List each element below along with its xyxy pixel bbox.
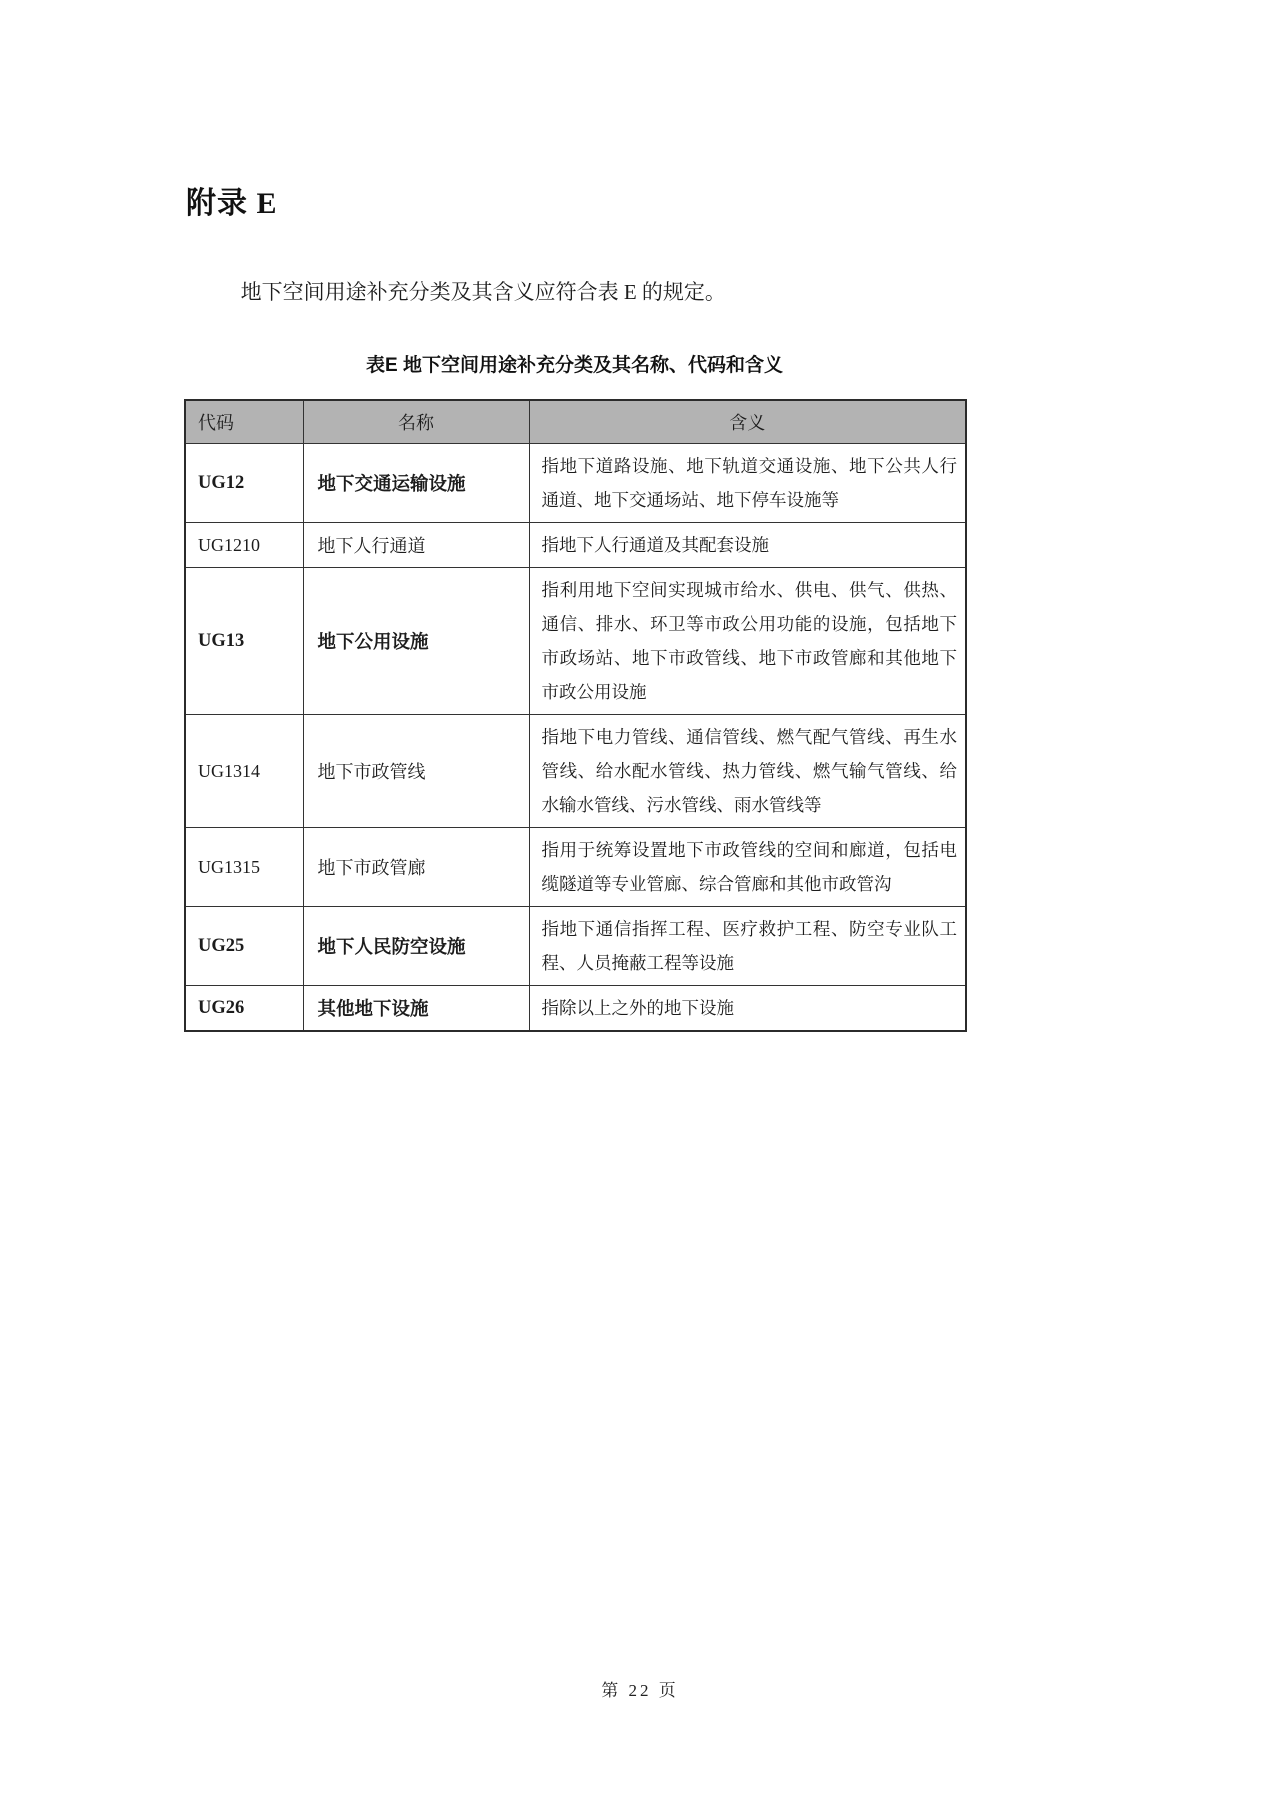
meaning-cell: 指地下通信指挥工程、医疗救护工程、防空专业队工程、人员掩蔽工程等设施 bbox=[529, 907, 966, 986]
name-cell: 地下市政管线 bbox=[303, 715, 529, 828]
page-number: 第 22 页 bbox=[0, 1676, 1280, 1701]
table-row: UG1314 地下市政管线 指地下电力管线、通信管线、燃气配气管线、再生水管线、… bbox=[185, 715, 966, 828]
code-cell: UG12 bbox=[185, 444, 303, 523]
code-cell: UG1315 bbox=[185, 828, 303, 907]
table-body: UG12 地下交通运输设施 指地下道路设施、地下轨道交通设施、地下公共人行通道、… bbox=[185, 444, 966, 1032]
table-row: UG13 地下公用设施 指利用地下空间实现城市给水、供电、供气、供热、通信、排水… bbox=[185, 568, 966, 715]
code-cell: UG1210 bbox=[185, 523, 303, 568]
name-cell: 其他地下设施 bbox=[303, 986, 529, 1032]
meaning-cell: 指地下人行通道及其配套设施 bbox=[529, 523, 966, 568]
code-cell: UG25 bbox=[185, 907, 303, 986]
code-cell: UG13 bbox=[185, 568, 303, 715]
column-header-code: 代码 bbox=[185, 400, 303, 444]
table-header-row: 代码 名称 含义 bbox=[185, 400, 966, 444]
table-header: 代码 名称 含义 bbox=[185, 400, 966, 444]
table-row: UG26 其他地下设施 指除以上之外的地下设施 bbox=[185, 986, 966, 1032]
table-row: UG25 地下人民防空设施 指地下通信指挥工程、医疗救护工程、防空专业队工程、人… bbox=[185, 907, 966, 986]
name-cell: 地下人民防空设施 bbox=[303, 907, 529, 986]
meaning-cell: 指用于统筹设置地下市政管线的空间和廊道，包括电缆隧道等专业管廊、综合管廊和其他市… bbox=[529, 828, 966, 907]
table-row: UG1210 地下人行通道 指地下人行通道及其配套设施 bbox=[185, 523, 966, 568]
table-row: UG1315 地下市政管廊 指用于统筹设置地下市政管线的空间和廊道，包括电缆隧道… bbox=[185, 828, 966, 907]
meaning-cell: 指除以上之外的地下设施 bbox=[529, 986, 966, 1032]
intro-paragraph: 地下空间用途补充分类及其含义应符合表 E 的规定。 bbox=[186, 278, 1130, 306]
name-cell: 地下人行通道 bbox=[303, 523, 529, 568]
column-header-meaning: 含义 bbox=[529, 400, 966, 444]
table-row: UG12 地下交通运输设施 指地下道路设施、地下轨道交通设施、地下公共人行通道、… bbox=[185, 444, 966, 523]
column-header-name: 名称 bbox=[303, 400, 529, 444]
table-caption: 表E 地下空间用途补充分类及其名称、代码和含义 bbox=[184, 350, 965, 377]
name-cell: 地下市政管廊 bbox=[303, 828, 529, 907]
classification-table: 代码 名称 含义 UG12 地下交通运输设施 指地下道路设施、地下轨道交通设施、… bbox=[184, 399, 967, 1032]
appendix-title: 附录 E bbox=[0, 0, 1280, 222]
code-cell: UG26 bbox=[185, 986, 303, 1032]
name-cell: 地下交通运输设施 bbox=[303, 444, 529, 523]
meaning-cell: 指地下电力管线、通信管线、燃气配气管线、再生水管线、给水配水管线、热力管线、燃气… bbox=[529, 715, 966, 828]
code-cell: UG1314 bbox=[185, 715, 303, 828]
name-cell: 地下公用设施 bbox=[303, 568, 529, 715]
document-page: 附录 E 地下空间用途补充分类及其含义应符合表 E 的规定。 表E 地下空间用途… bbox=[0, 0, 1280, 1810]
meaning-cell: 指利用地下空间实现城市给水、供电、供气、供热、通信、排水、环卫等市政公用功能的设… bbox=[529, 568, 966, 715]
meaning-cell: 指地下道路设施、地下轨道交通设施、地下公共人行通道、地下交通场站、地下停车设施等 bbox=[529, 444, 966, 523]
